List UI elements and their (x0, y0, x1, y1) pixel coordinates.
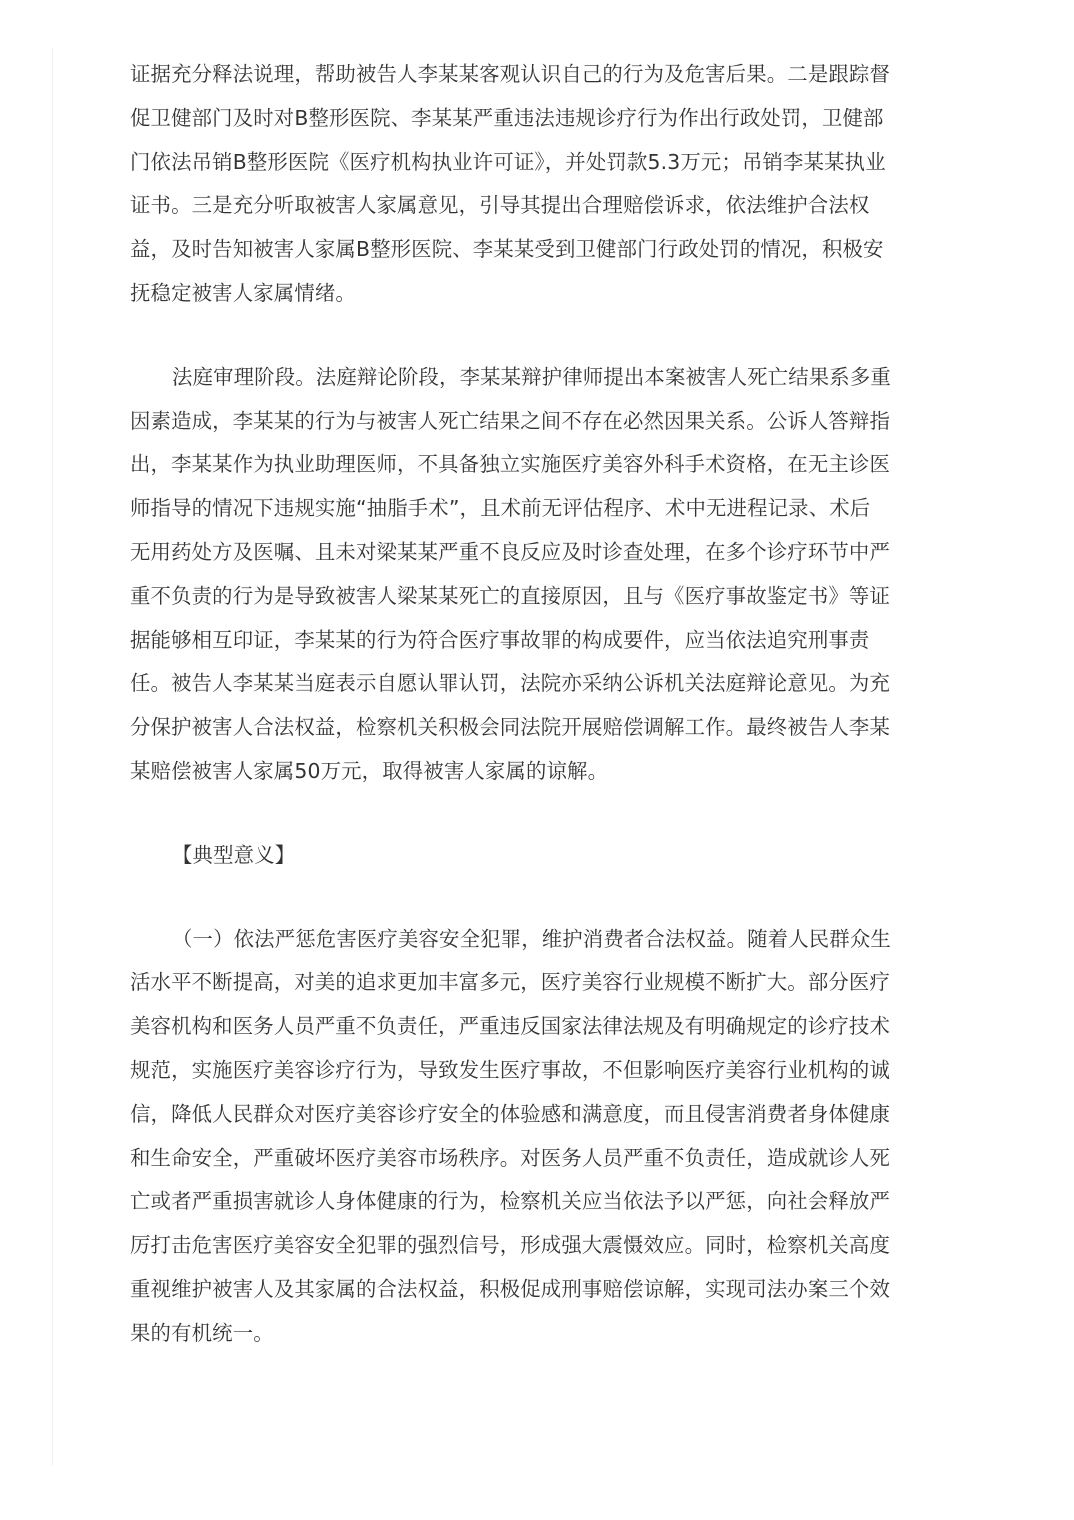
text-line: 因素造成，李某某的行为与被害人死亡结果之间不存在必然因果关系。公诉人答辩指 (130, 400, 942, 444)
article-body: 证据充分释法说理，帮助被告人李某某客观认识自己的行为及危害后果。二是跟踪督 促卫… (130, 53, 942, 1396)
text-line: 亡或者严重损害就诊人身体健康的行为，检察机关应当依法予以严惩，向社会释放严 (130, 1180, 942, 1224)
text-line: 美容机构和医务人员严重不负责任，严重违反国家法律法规及有明确规定的诊疗技术 (130, 1005, 942, 1049)
text-line: 活水平不断提高，对美的追求更加丰富多元，医疗美容行业规模不断扩大。部分医疗 (130, 961, 942, 1005)
text-line: 果的有机统一。 (130, 1312, 942, 1356)
text-line: 和生命安全，严重破坏医疗美容市场秩序。对医务人员严重不负责任，造成就诊人死 (130, 1137, 942, 1181)
text-line: 分保护被害人合法权益，检察机关积极会同法院开展赔偿调解工作。最终被告人李某 (130, 706, 942, 750)
text-line: 重视维护被害人及其家属的合法权益，积极促成刑事赔偿谅解，实现司法办案三个效 (130, 1268, 942, 1312)
text-line: 证据充分释法说理，帮助被告人李某某客观认识自己的行为及危害后果。二是跟踪督 (130, 53, 942, 97)
paragraph-prosecution-measures: 证据充分释法说理，帮助被告人李某某客观认识自己的行为及危害后果。二是跟踪督 促卫… (130, 53, 942, 316)
left-border-rule (52, 48, 53, 1466)
text-line: 益，及时告知被害人家属B整形医院、李某某受到卫健部门行政处罚的情况，积极安 (130, 228, 942, 272)
section-heading-text: 【典型意义】 (130, 834, 942, 878)
text-line: 无用药处方及医嘱、且未对梁某某严重不良反应及时诊查处理，在多个诊疗环节中严 (130, 531, 942, 575)
text-line: 信，降低人民群众对医疗美容诊疗安全的体验感和满意度，而且侵害消费者身体健康 (130, 1093, 942, 1137)
text-line: 据能够相互印证，李某某的行为符合医疗事故罪的构成要件，应当依法追究刑事责 (130, 619, 942, 663)
text-line: 厉打击危害医疗美容安全犯罪的强烈信号，形成强大震慑效应。同时，检察机关高度 (130, 1224, 942, 1268)
paragraph-court-trial: 法庭审理阶段。法庭辩论阶段，李某某辩护律师提出本案被害人死亡结果系多重 因素造成… (130, 356, 942, 794)
text-line: 法庭审理阶段。法庭辩论阶段，李某某辩护律师提出本案被害人死亡结果系多重 (130, 356, 942, 400)
text-line: 重不负责的行为是导致被害人梁某某死亡的直接原因，且与《医疗事故鉴定书》等证 (130, 575, 942, 619)
text-line: 某赔偿被害人家属50万元，取得被害人家属的谅解。 (130, 750, 942, 794)
text-line: 证书。三是充分听取被害人家属意见，引导其提出合理赔偿诉求，依法维护合法权 (130, 184, 942, 228)
text-line: 出，李某某作为执业助理医师，不具备独立实施医疗美容外科手术资格，在无主诊医 (130, 443, 942, 487)
text-line: 规范，实施医疗美容诊疗行为，导致发生医疗事故，不但影响医疗美容行业机构的诚 (130, 1049, 942, 1093)
text-line: 促卫健部门及时对B整形医院、李某某严重违法违规诊疗行为作出行政处罚，卫健部 (130, 97, 942, 141)
text-line: （一）依法严惩危害医疗美容安全犯罪，维护消费者合法权益。随着人民群众生 (130, 918, 942, 962)
text-line: 抚稳定被害人家属情绪。 (130, 272, 942, 316)
text-line: 门依法吊销B整形医院《医疗机构执业许可证》，并处罚款5.3万元；吊销李某某执业 (130, 141, 942, 185)
text-line: 师指导的情况下违规实施“抽脂手术”，且术前无评估程序、术中无进程记录、术后 (130, 487, 942, 531)
paragraph-significance-one: （一）依法严惩危害医疗美容安全犯罪，维护消费者合法权益。随着人民群众生 活水平不… (130, 918, 942, 1356)
text-line: 任。被告人李某某当庭表示自愿认罪认罚，法院亦采纳公诉机关法庭辩论意见。为充 (130, 662, 942, 706)
section-heading-typical-significance: 【典型意义】 (130, 834, 942, 878)
